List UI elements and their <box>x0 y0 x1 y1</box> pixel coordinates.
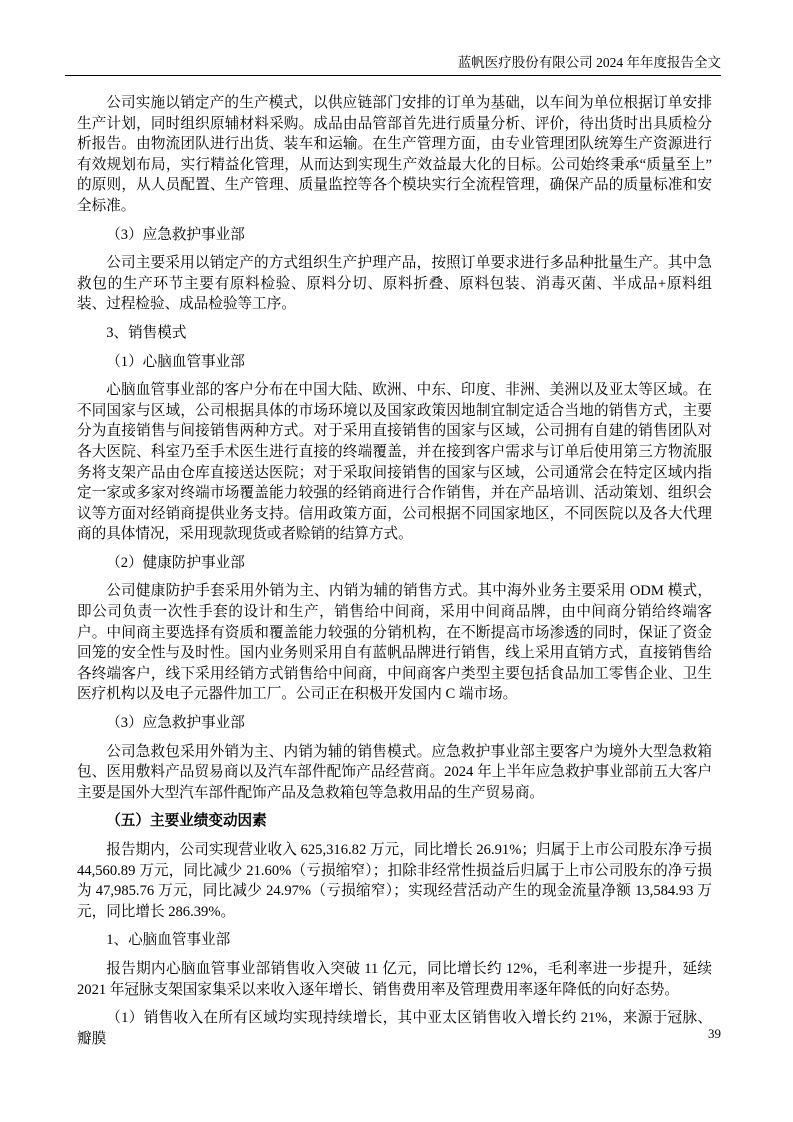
heading-cardio-performance-dept: 1、心脑血管事业部 <box>77 930 712 951</box>
heading-emergency-production-dept: （3）应急救护事业部 <box>77 225 712 246</box>
heading-emergency-sales-dept: （3）应急救护事业部 <box>77 713 712 734</box>
page-header: 蓝帆医疗股份有限公司 2024 年年度报告全文 <box>65 54 721 76</box>
paragraph-health-protection-sales: 公司健康防护手套采用外销为主、内销为辅的销售方式。其中海外业务主要采用 ODM … <box>77 581 712 705</box>
paragraph-emergency-production: 公司主要采用以销定产的方式组织生产护理产品，按照订单要求进行多品种批量生产。其中… <box>77 253 712 315</box>
heading-performance-change-factors: （五）主要业绩变动因素 <box>77 811 712 832</box>
heading-health-protection-dept: （2）健康防护事业部 <box>77 553 712 574</box>
heading-cardio-sales-dept: （1）心脑血管事业部 <box>77 352 712 373</box>
page-content: 公司实施以销定产的生产模式，以供应链部门安排的订单为基础，以车间为单位根据订单安… <box>77 93 712 1057</box>
paragraph-cardio-performance: 报告期内心脑血管事业部销售收入突破 11 亿元，同比增长约 12%，毛利率进一步… <box>77 959 712 1000</box>
header-title: 蓝帆医疗股份有限公司 2024 年年度报告全文 <box>458 55 721 70</box>
report-page: 蓝帆医疗股份有限公司 2024 年年度报告全文 公司实施以销定产的生产模式，以供… <box>0 0 793 1122</box>
heading-sales-model: 3、销售模式 <box>77 323 712 344</box>
paragraph-cardio-sales: 心脑血管事业部的客户分布在中国大陆、欧洲、中东、印度、非洲、美洲以及亚太等区域。… <box>77 380 712 545</box>
paragraph-performance-summary: 报告期内，公司实现营业收入 625,316.82 万元，同比增长 26.91%；… <box>77 840 712 922</box>
paragraph-production-mode: 公司实施以销定产的生产模式，以供应链部门安排的订单为基础，以车间为单位根据订单安… <box>77 93 712 217</box>
page-number: 39 <box>708 1026 721 1041</box>
page-footer: 39 <box>65 1026 721 1042</box>
paragraph-emergency-sales: 公司急救包采用外销为主、内销为辅的销售模式。应急救护事业部主要客户为境外大型急救… <box>77 742 712 804</box>
